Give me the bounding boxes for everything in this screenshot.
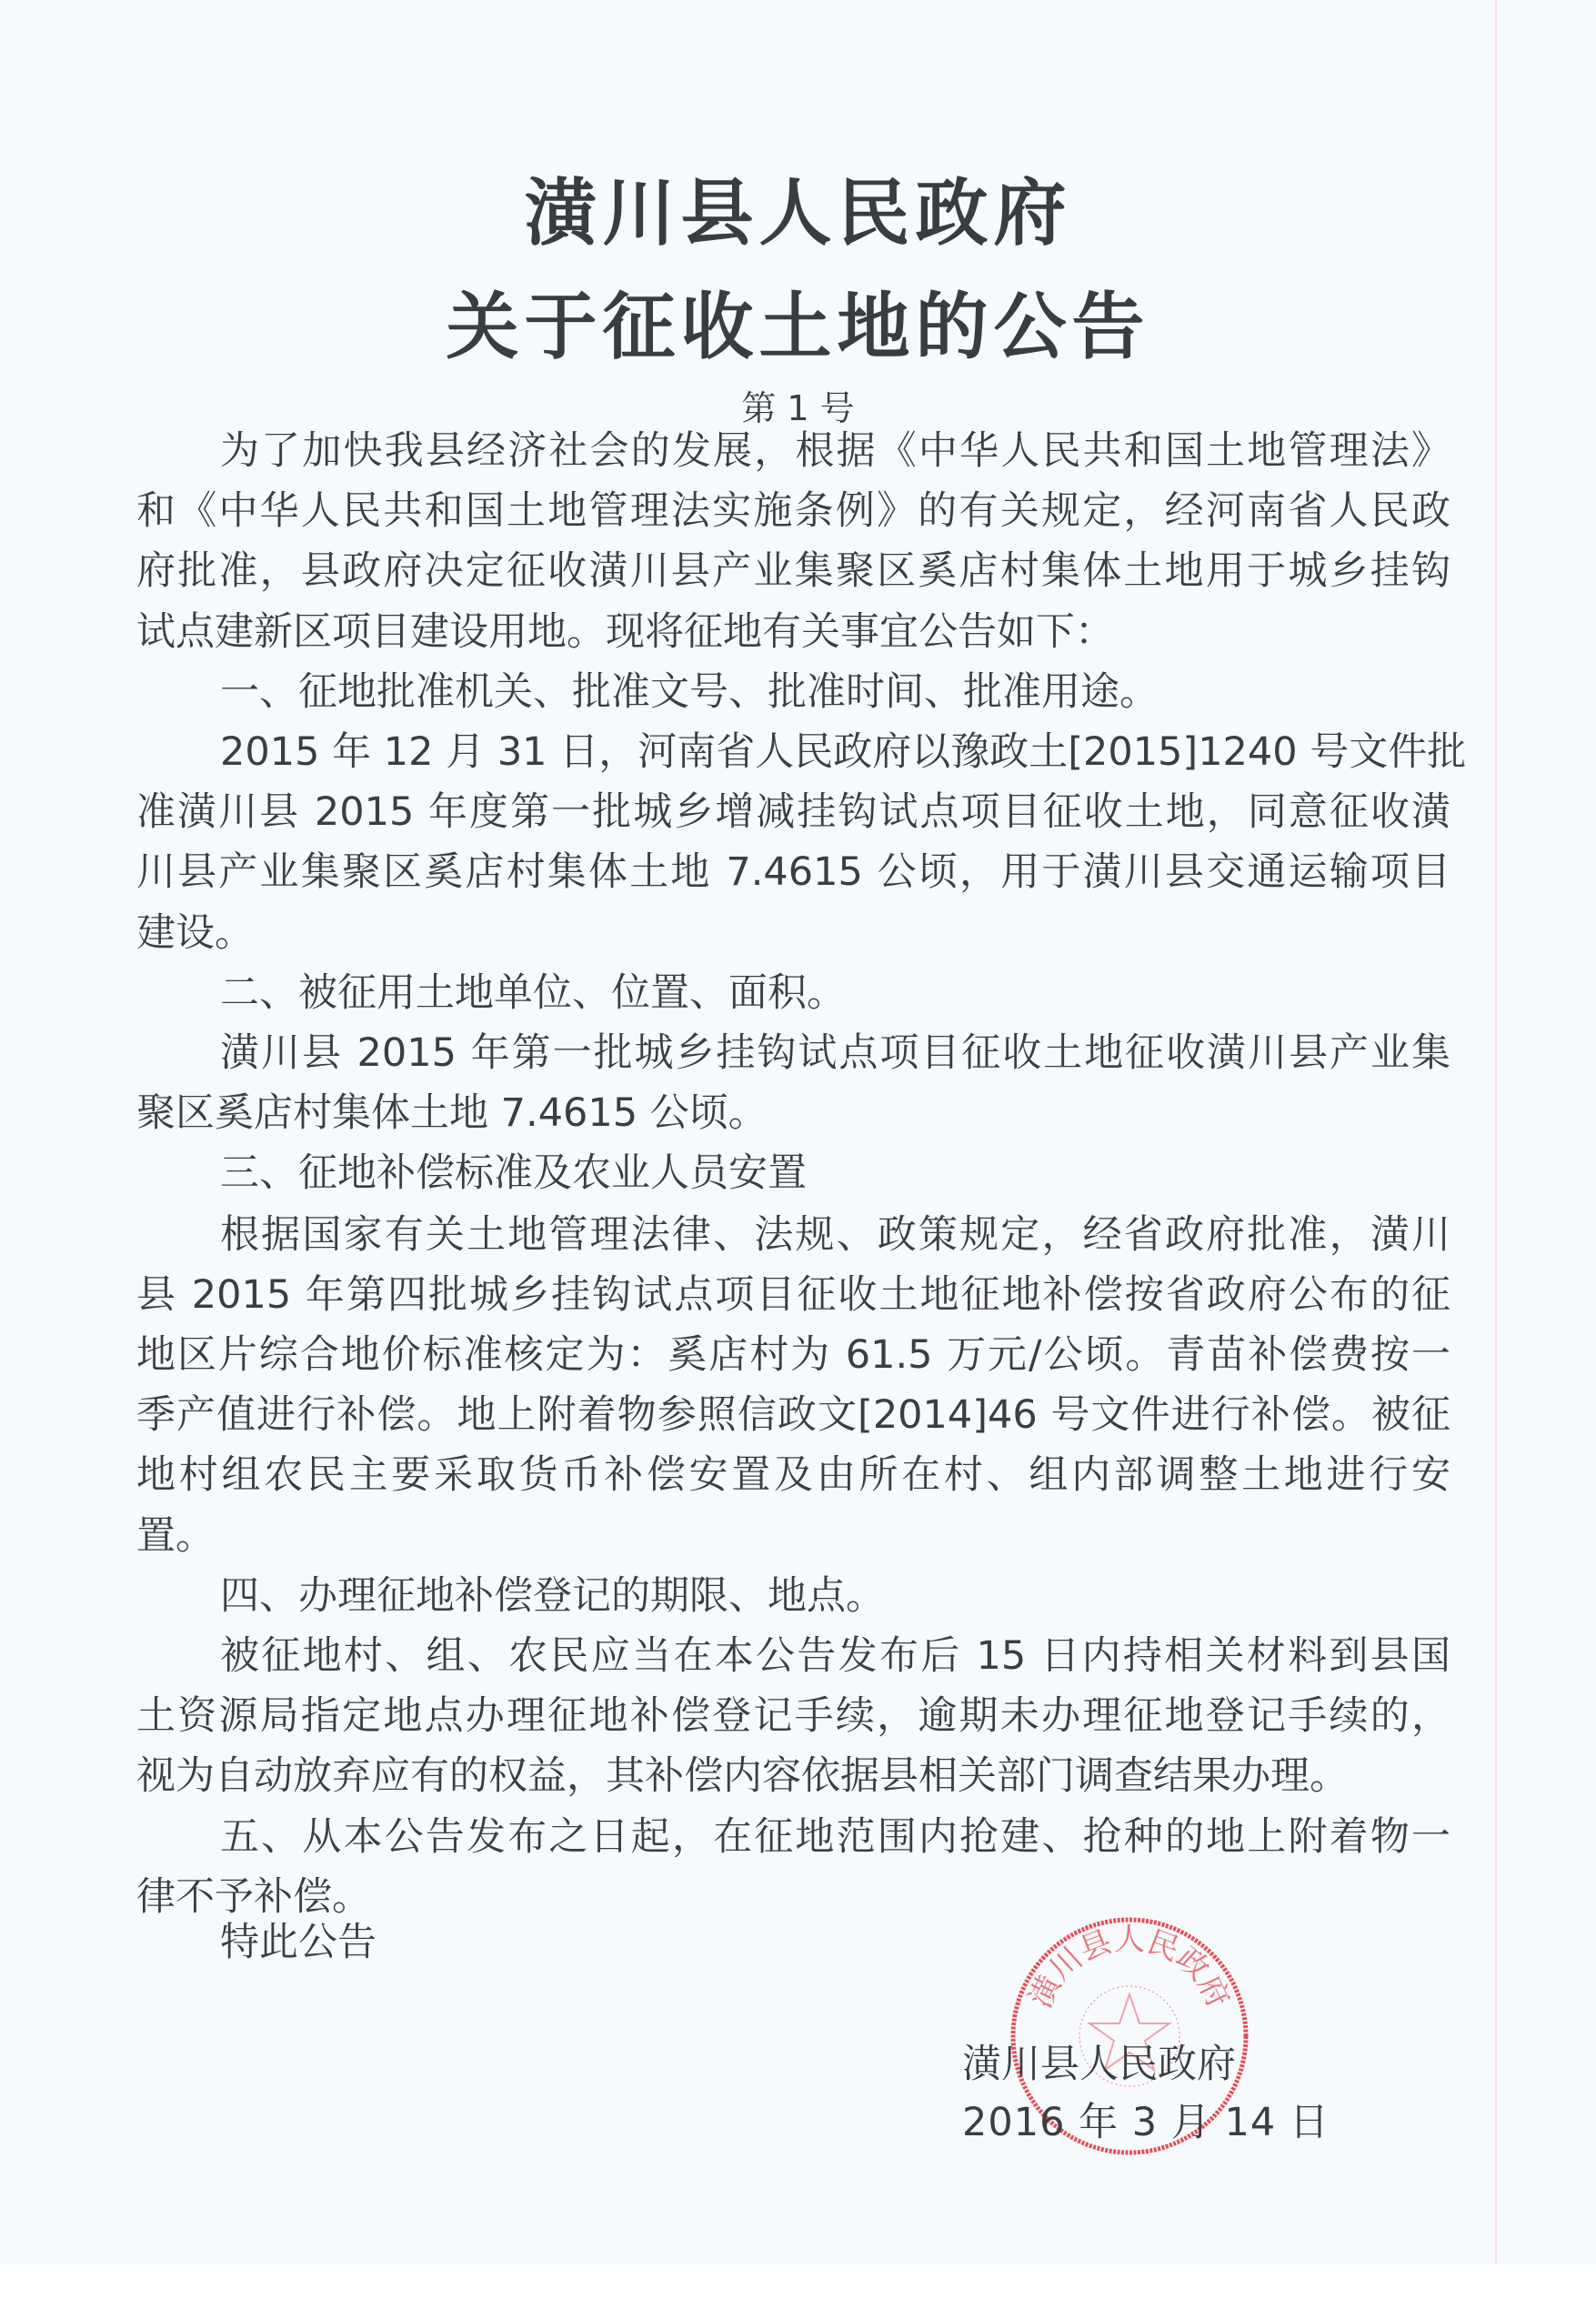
body-line: 三、征地补偿标准及农业人员安置 — [220, 1149, 1450, 1197]
body-line: 试点建新区项目建设用地。现将征地有关事宜公告如下： — [136, 608, 1450, 656]
body-line: 根据国家有关土地管理法律、法规、政策规定，经省政府批准，潢川 — [220, 1211, 1450, 1259]
body-line: 和《中华人民共和国土地管理法实施条例》的有关规定，经河南省人民政 — [136, 487, 1450, 535]
body-line: 2015 年 12 月 31 日，河南省人民政府以豫政土[2015]1240 号… — [220, 728, 1450, 776]
body-line: 川县产业集聚区奚店村集体土地 7.4615 公顷，用于潢川县交通运输项目 — [136, 848, 1450, 896]
body-line: 准潢川县 2015 年度第一批城乡增减挂钩试点项目征收土地，同意征收潢 — [136, 788, 1450, 836]
body-line: 县 2015 年第四批城乡挂钩试点项目征收土地征地补偿按省政府公布的征 — [136, 1271, 1450, 1319]
body-line: 为了加快我县经济社会的发展，根据《中华人民共和国土地管理法》 — [220, 427, 1450, 475]
body-line: 被征地村、组、农民应当在本公告发布后 15 日内持相关材料到县国 — [220, 1632, 1450, 1680]
signature-block: 潢川县人民政府 2016 年 3 月 14 日 — [962, 2035, 1330, 2152]
body-line: 潢川县 2015 年第一批城乡挂钩试点项目征收土地征收潢川县产业集 — [220, 1029, 1450, 1077]
body-line: 聚区奚店村集体土地 7.4615 公顷。 — [136, 1089, 1450, 1137]
body-line: 府批准，县政府决定征收潢川县产业集聚区奚店村集体土地用于城乡挂钩 — [136, 547, 1450, 595]
body-line: 地区片综合地价标准核定为：奚店村为 61.5 万元/公顷。青苗补偿费按一 — [136, 1331, 1450, 1379]
body-line: 二、被征用土地单位、位置、面积。 — [220, 969, 1450, 1017]
document-page: 潢川县人民政府 关于征收土地的公告 第 1 号 为了加快我县经济社会的发展，根据… — [0, 0, 1596, 2264]
body-line: 视为自动放弃应有的权益，其补偿内容依据县相关部门调查结果办理。 — [136, 1752, 1450, 1800]
signature-date: 2016 年 3 月 14 日 — [962, 2093, 1330, 2152]
body-line: 建设。 — [136, 909, 1450, 957]
document-title-issuer: 潢川县人民政府 — [0, 155, 1596, 259]
svg-text:潢川县人民政府: 潢川县人民政府 — [1022, 1922, 1236, 2013]
signature-organization: 潢川县人民政府 — [962, 2035, 1330, 2093]
body-line: 地村组农民主要采取货币补偿安置及由所在村、组内部调整土地进行安 — [136, 1451, 1450, 1499]
scan-bottom-margin — [0, 2264, 1596, 2319]
body-line: 四、办理征地补偿登记的期限、地点。 — [220, 1572, 1450, 1620]
document-title-subject: 关于征收土地的公告 — [0, 268, 1596, 373]
body-line: 五、从本公告发布之日起，在征地范围内抢建、抢种的地上附着物一 — [220, 1813, 1450, 1861]
document-number: 第 1 号 — [0, 380, 1596, 430]
body-line: 一、征地批准机关、批准文号、批准时间、批准用途。 — [220, 668, 1450, 716]
body-line: 土资源局指定地点办理征地补偿登记手续，逾期未办理征地登记手续的， — [136, 1692, 1450, 1740]
closing-statement: 特此公告 — [220, 1919, 376, 1966]
seal-text: 潢川县人民政府 — [1022, 1922, 1236, 2013]
body-line: 律不予补偿。 — [136, 1873, 1450, 1921]
body-line: 季产值进行补偿。地上附着物参照信政文[2014]46 号文件进行补偿。被征 — [136, 1391, 1450, 1439]
body-line: 置。 — [136, 1512, 1450, 1560]
